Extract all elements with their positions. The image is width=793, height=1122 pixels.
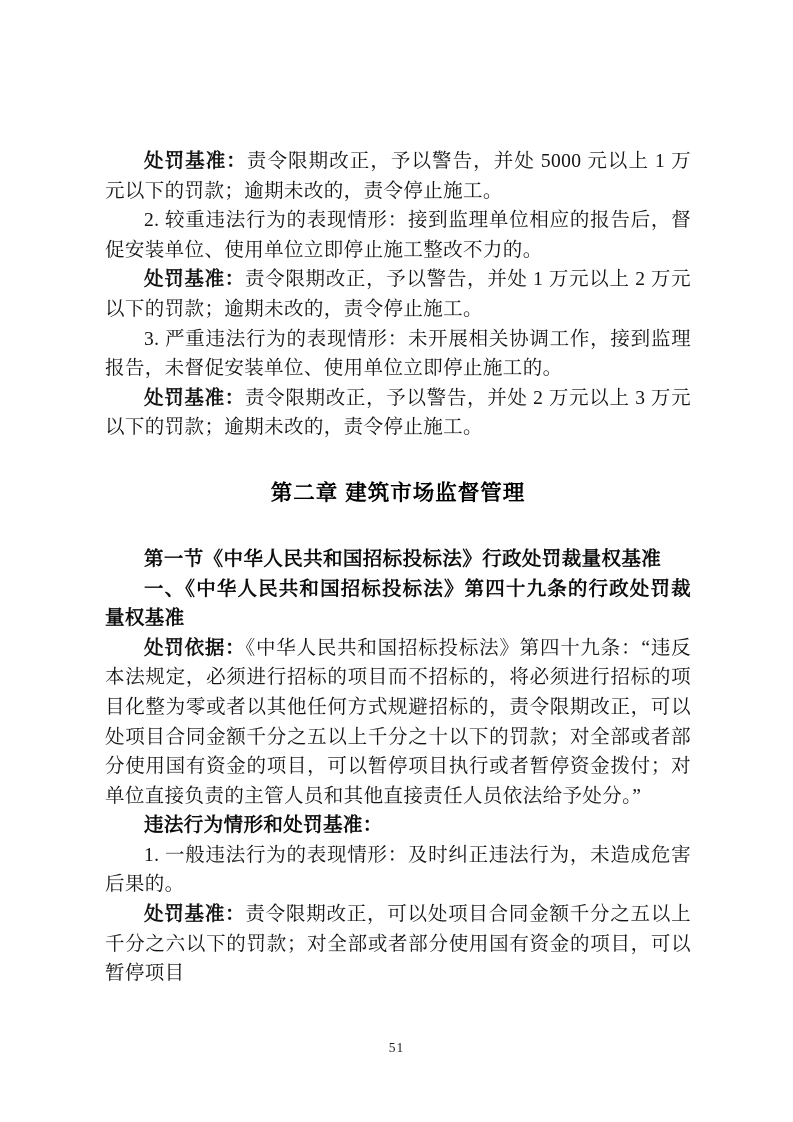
basis-text: 《中华人民共和国招标投标法》第四十九条：“违反本法规定，必须进行招标的项目而不招… (105, 638, 691, 807)
page-number: 51 (0, 1038, 793, 1058)
document-page: { "document": { "paragraphs": [ { "label… (0, 0, 793, 1122)
penalty-label: 处罚基准： (144, 388, 245, 409)
violation-paragraph-3: 3. 严重违法行为的表现情形：未开展相关协调工作，接到监理报告，未督促安装单位、… (105, 325, 691, 384)
subsection-heading: 一、《中华人民共和国招标投标法》第四十九条的行政处罚裁量权基准 (105, 575, 691, 634)
section-heading: 第一节《中华人民共和国招标投标法》行政处罚裁量权基准 (105, 545, 691, 575)
penalty-label: 处罚基准： (144, 904, 245, 925)
penalty-paragraph-3: 处罚基准：责令限期改正，予以警告，并处 2 万元以上 3 万元以下的罚款；逾期未… (105, 384, 691, 443)
basis-label: 处罚依据： (144, 638, 245, 659)
document-body: 处罚基准：责令限期改正，予以警告，并处 5000 元以上 1 万元以下的罚款；逾… (105, 147, 691, 989)
situations-heading: 违法行为情形和处罚基准： (105, 811, 691, 841)
penalty-paragraph-4: 处罚基准：责令限期改正，可以处项目合同金额千分之五以上千分之六以下的罚款；对全部… (105, 900, 691, 989)
chapter-heading: 第二章 建筑市场监督管理 (105, 478, 691, 508)
violation-text: 3. 严重违法行为的表现情形：未开展相关协调工作，接到监理报告，未督促安装单位、… (105, 329, 691, 380)
penalty-label: 处罚基准： (144, 151, 247, 172)
situation-paragraph-1: 1. 一般违法行为的表现情形：及时纠正违法行为，未造成危害后果的。 (105, 841, 691, 900)
penalty-paragraph-1: 处罚基准：责令限期改正，予以警告，并处 5000 元以上 1 万元以下的罚款；逾… (105, 147, 691, 206)
violation-text: 2. 较重违法行为的表现情形：接到监理单位相应的报告后，督促安装单位、使用单位立… (105, 210, 691, 261)
violation-paragraph-2: 2. 较重违法行为的表现情形：接到监理单位相应的报告后，督促安装单位、使用单位立… (105, 206, 691, 265)
situation-text: 1. 一般违法行为的表现情形：及时纠正违法行为，未造成危害后果的。 (105, 845, 691, 896)
penalty-paragraph-2: 处罚基准：责令限期改正，予以警告，并处 1 万元以上 2 万元以下的罚款；逾期未… (105, 265, 691, 324)
penalty-label: 处罚基准： (144, 269, 245, 290)
penalty-basis-paragraph: 处罚依据：《中华人民共和国招标投标法》第四十九条：“违反本法规定，必须进行招标的… (105, 634, 691, 812)
